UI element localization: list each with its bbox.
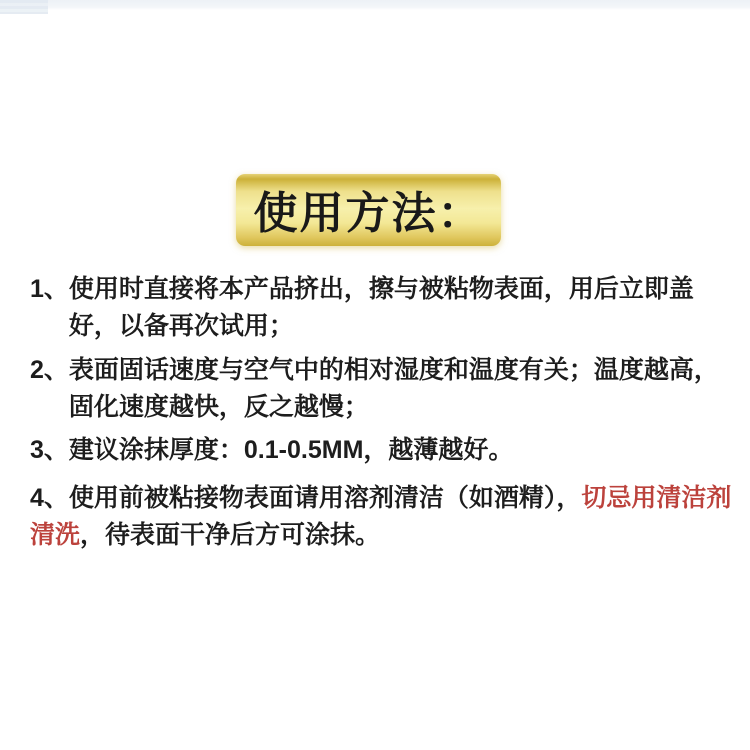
item-line: 使用前被粘接物表面请用溶剂清洁（如酒精），切忌用清洁剂 [69,480,732,517]
item-line: 表面固话速度与空气中的相对湿度和温度有关；温度越高， [69,352,730,389]
top-edge-strip [0,0,750,10]
instruction-item-2: 2、 表面固话速度与空气中的相对湿度和温度有关；温度越高， 固化速度越快，反之越… [30,352,730,426]
instruction-item-4: 4、 使用前被粘接物表面请用溶剂清洁（如酒精），切忌用清洁剂 清洗，待表面干净后… [30,480,730,554]
page-title: 使用方法： [254,177,484,241]
item-text-warning: 切忌用清洁剂 [581,484,731,512]
item-number: 1、 [30,271,69,308]
item-number: 2、 [30,352,69,389]
instruction-item-1: 1、 使用时直接将本产品挤出，擦与被粘物表面，用后立即盖 好，以备再次试用； [30,271,730,345]
item-text: 建议涂抹厚度：0.1-0.5MM，越薄越好。 [69,432,730,469]
item-line-continued: 清洗，待表面干净后方可涂抹。 [30,517,730,554]
item-line: 固化速度越快，反之越慢； [69,389,730,426]
item-text: 表面固话速度与空气中的相对湿度和温度有关；温度越高， 固化速度越快，反之越慢； [69,352,730,426]
instruction-page: 使用方法： 1、 使用时直接将本产品挤出，擦与被粘物表面，用后立即盖 好，以备再… [0,0,750,750]
item-line: 使用时直接将本产品挤出，擦与被粘物表面，用后立即盖 [69,271,730,308]
item-text-black: 使用前被粘接物表面请用溶剂清洁（如酒精）， [69,484,582,512]
title-banner: 使用方法： [236,174,501,246]
item-line: 建议涂抹厚度：0.1-0.5MM，越薄越好。 [69,432,730,469]
item-text: 使用时直接将本产品挤出，擦与被粘物表面，用后立即盖 好，以备再次试用； [69,271,730,345]
item-text: 使用前被粘接物表面请用溶剂清洁（如酒精），切忌用清洁剂 [69,480,732,517]
top-left-artifact [0,0,48,14]
item-line: 好，以备再次试用； [69,308,730,345]
instruction-item-3: 3、 建议涂抹厚度：0.1-0.5MM，越薄越好。 [30,432,730,469]
item-text-black: ，待表面干净后方可涂抹。 [80,521,380,549]
item-text-warning: 清洗 [30,521,80,549]
item-number: 3、 [30,432,69,469]
item-number: 4、 [30,480,69,517]
